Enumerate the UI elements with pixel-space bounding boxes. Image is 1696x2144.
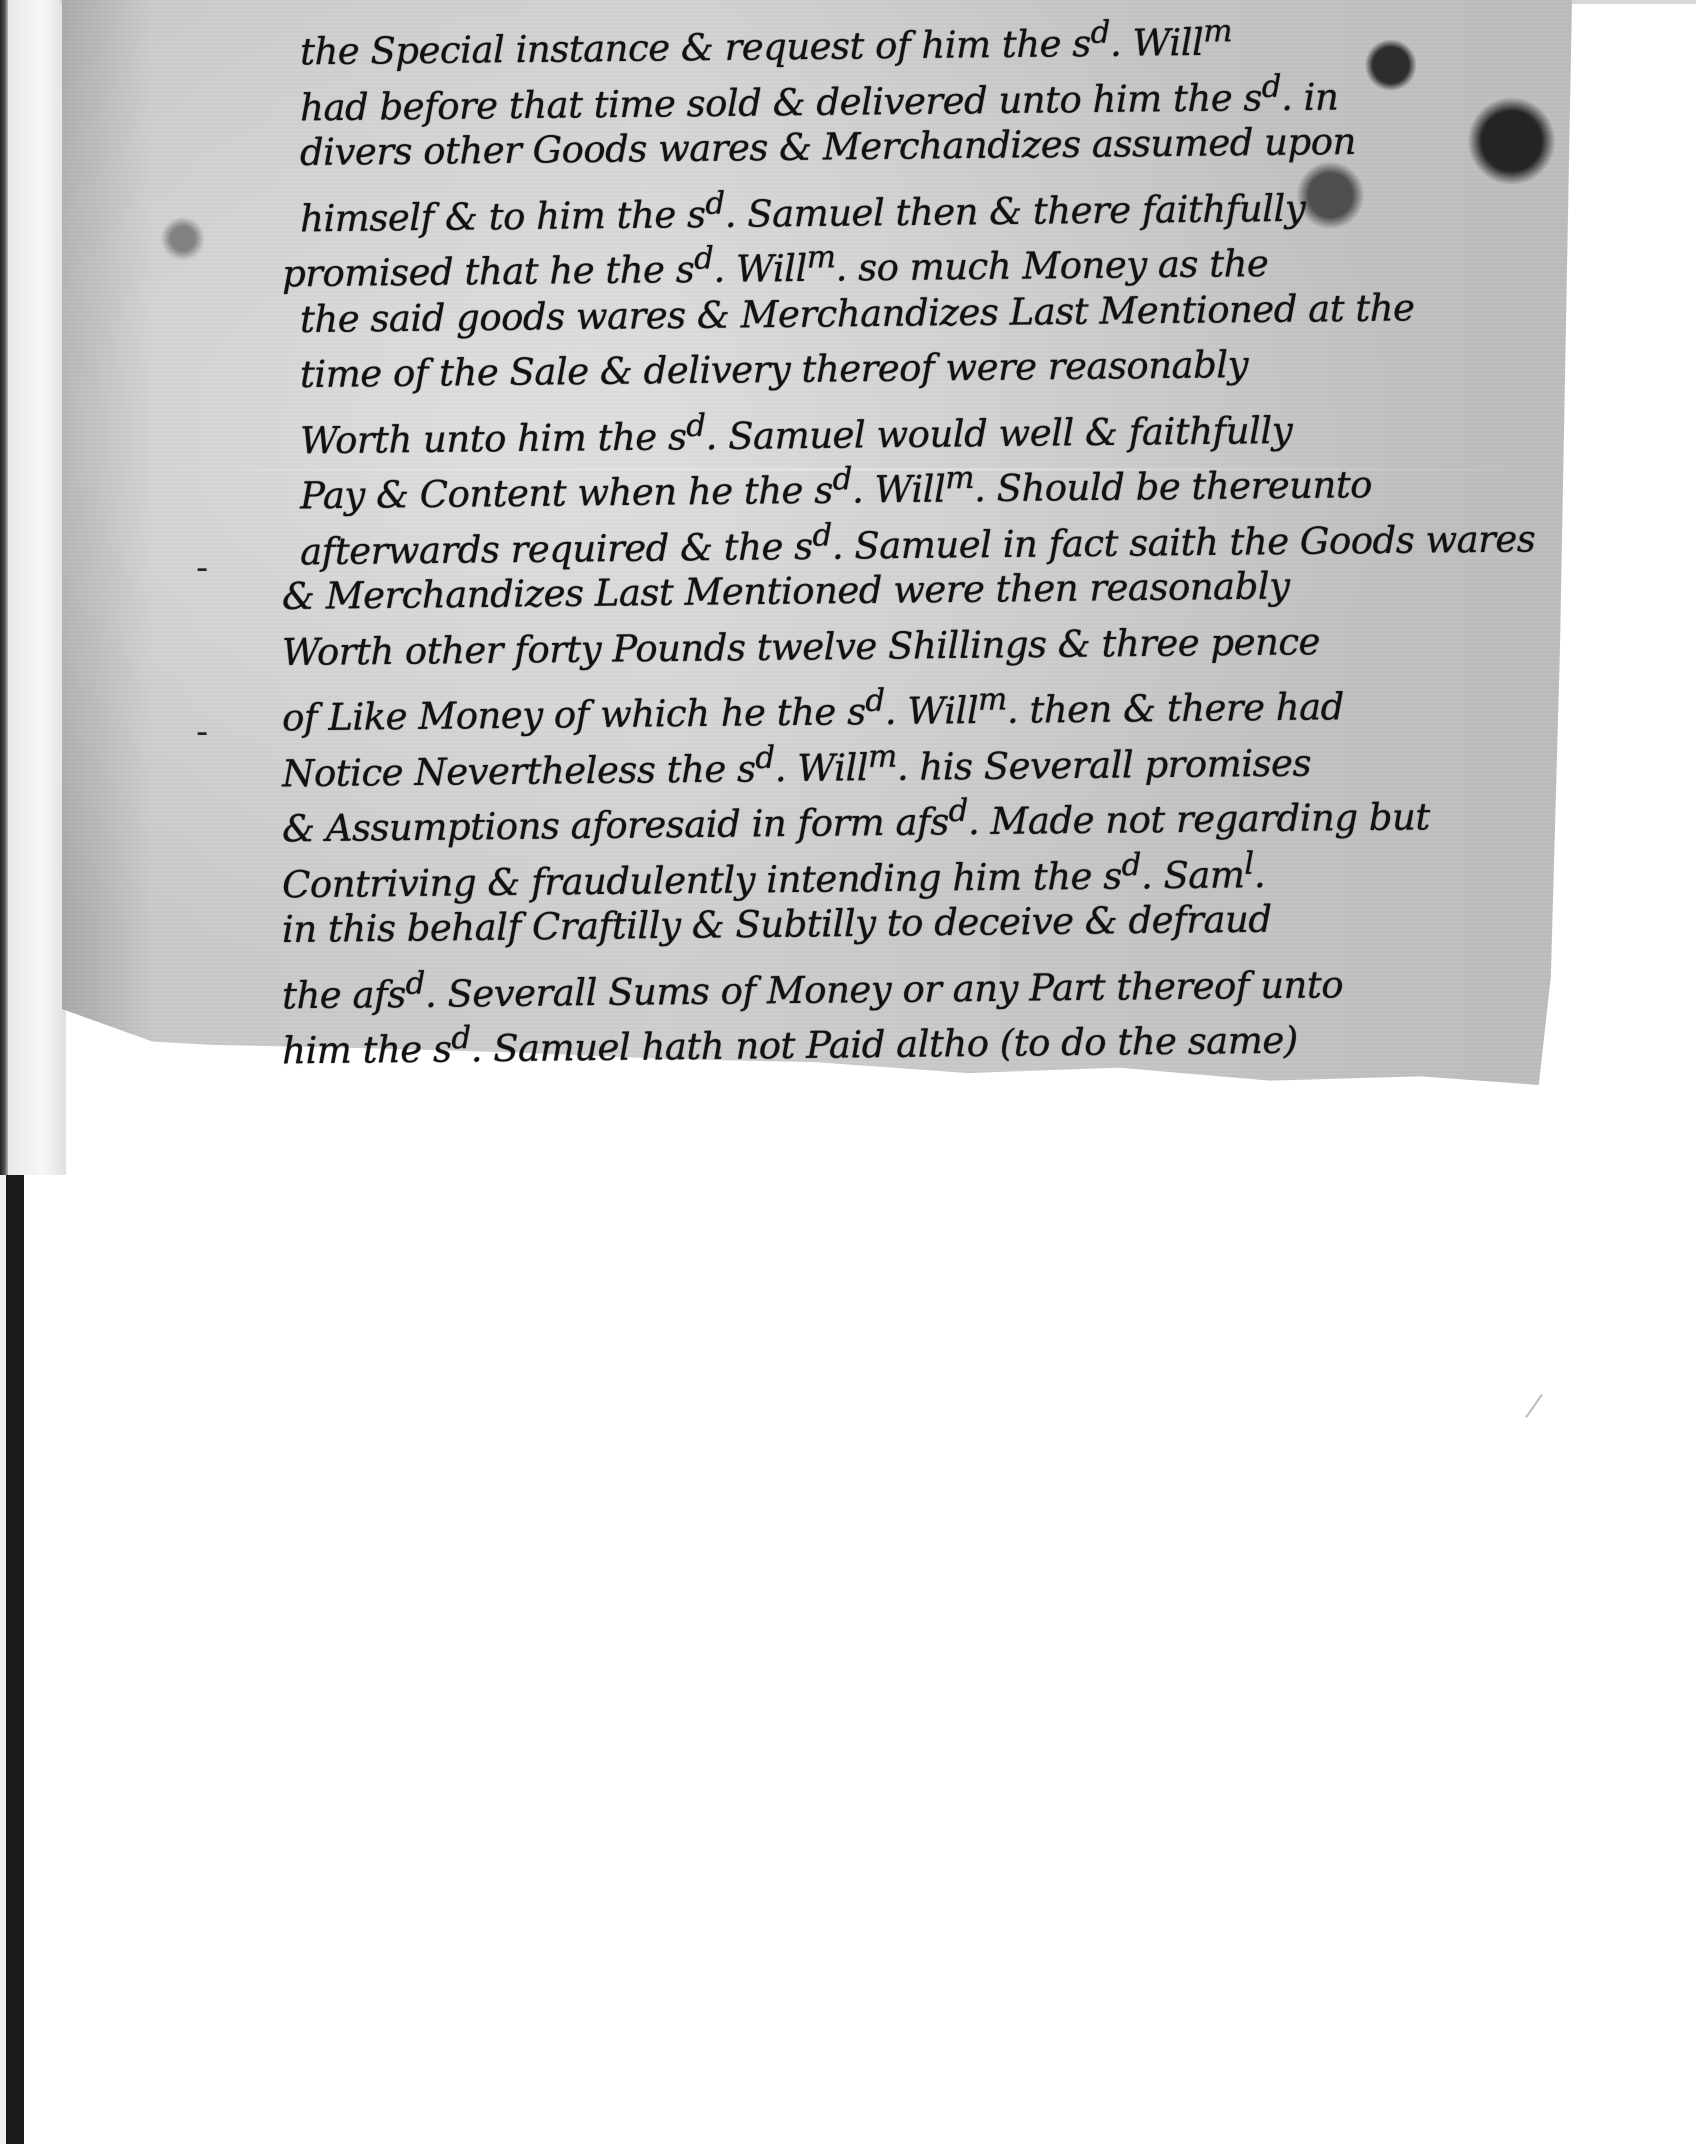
margin-dash-2: -	[196, 712, 208, 752]
margin-dash-1: -	[196, 548, 208, 588]
scan-margin-strip	[8, 0, 66, 1175]
scan-left-bar	[6, 1175, 24, 2144]
scan-left-border	[0, 0, 8, 1175]
manuscript-text: the Special instance & request of him th…	[300, 14, 1570, 1069]
stray-mark	[1525, 1394, 1543, 1418]
